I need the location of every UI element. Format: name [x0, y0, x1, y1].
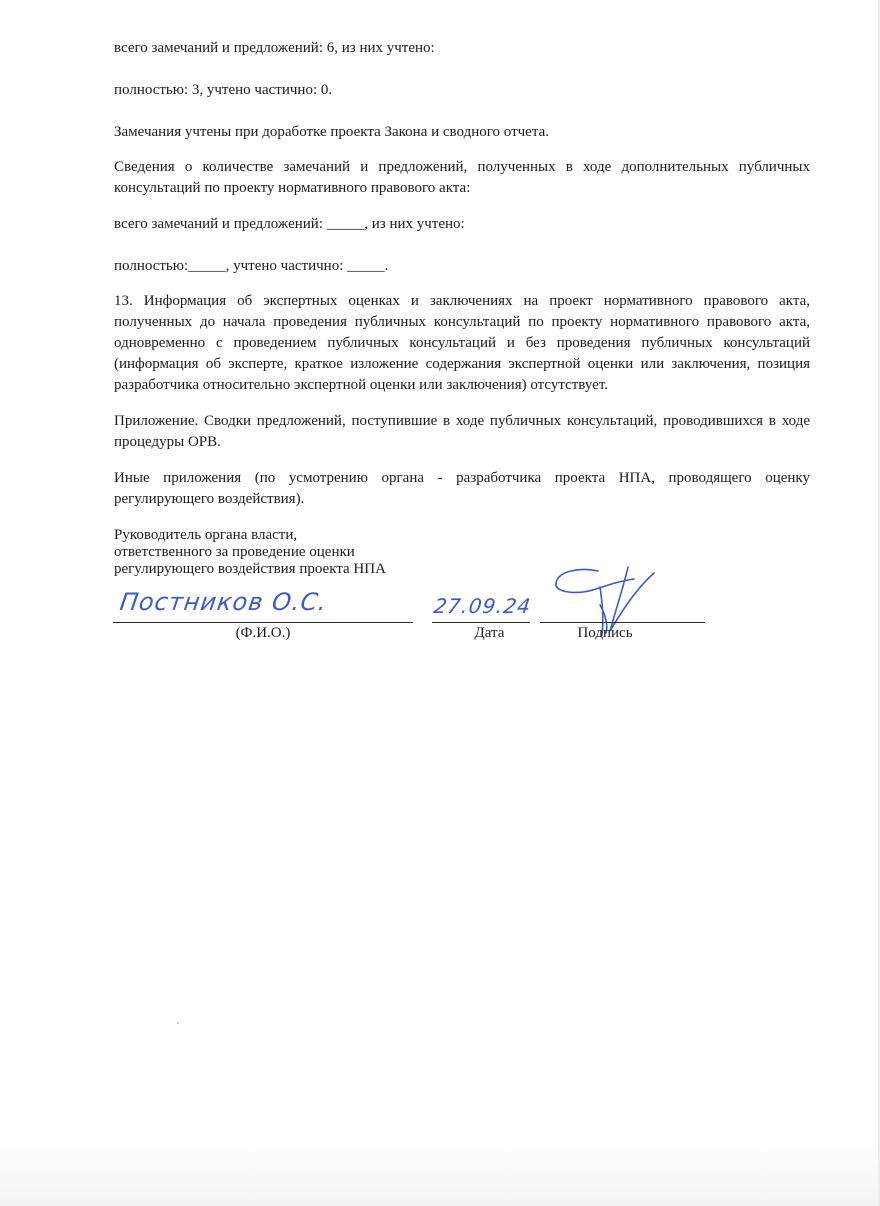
other-appendices-paragraph: Иные приложения (по усмотрению органа - …	[114, 468, 810, 510]
additional-total-text: всего замечаний и предложений: _____, из…	[114, 214, 810, 235]
date-line	[432, 622, 530, 623]
appendix-paragraph: Приложение. Сводки предложений, поступив…	[114, 411, 810, 453]
date-label: Дата	[432, 624, 547, 642]
remarks-note-text: Замечания учтены при доработке проекта З…	[114, 122, 810, 143]
additional-info-paragraph: Сведения о количестве замечаний и предло…	[114, 157, 810, 199]
signature-heading: Руководитель органа власти, ответственно…	[114, 527, 434, 578]
signature-line	[540, 622, 705, 623]
handwritten-name: Постников О.С.	[119, 592, 329, 613]
section-13-paragraph: 13. Информация об экспертных оценках и з…	[114, 291, 810, 396]
scan-speck	[177, 1022, 179, 1024]
signature-heading-line: ответственного за проведение оценки	[114, 544, 434, 561]
additional-accounted-text: полностью:_____, учтено частично: _____.	[114, 256, 810, 277]
name-label: (Ф.И.О.)	[113, 624, 413, 642]
document-page: всего замечаний и предложений: 6, из них…	[0, 0, 880, 1206]
signature-label: Подпись	[555, 624, 655, 642]
total-remarks-text: всего замечаний и предложений: 6, из них…	[114, 38, 810, 59]
signature-heading-line: регулирующего воздействия проекта НПА	[114, 561, 434, 578]
handwritten-date: 27.09.24	[433, 596, 533, 617]
accounted-text: полностью: 3, учтено частично: 0.	[114, 80, 810, 101]
name-line	[113, 622, 413, 623]
signature-heading-line: Руководитель органа власти,	[114, 527, 434, 544]
